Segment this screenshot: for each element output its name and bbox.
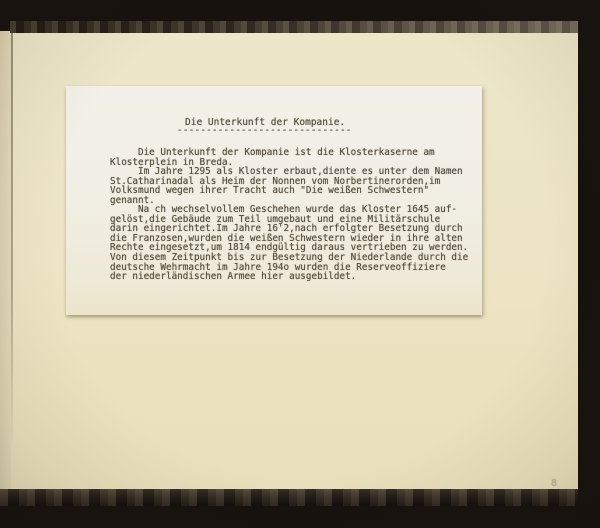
typed-note-paper: Die Unterkunft der Kompanie. -----------…	[66, 86, 482, 315]
note-body-text: Die Unterkunft der Kompanie ist die Klos…	[110, 148, 468, 282]
page-fold-line	[11, 31, 13, 455]
page-stack-edge	[0, 31, 11, 492]
page-number-stamp: 8	[551, 478, 557, 489]
cover-top-edge	[10, 21, 578, 33]
photographed-album-spread: Die Unterkunft der Kompanie. -----------…	[0, 0, 600, 528]
note-title-block: Die Unterkunft der Kompanie. -----------…	[177, 118, 352, 135]
cover-bottom-edge	[0, 489, 578, 506]
note-title-underline: ------------------------------	[177, 127, 352, 135]
